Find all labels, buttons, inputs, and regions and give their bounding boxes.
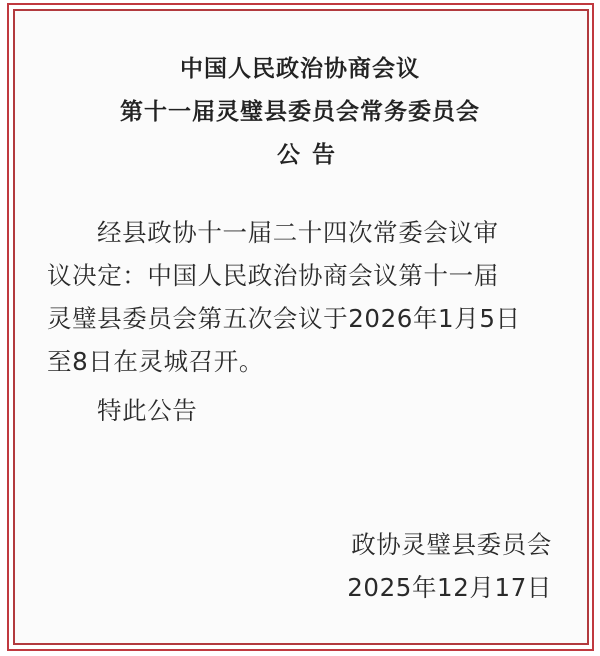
- body-line-3: 灵璧县委员会第五次会议于2026年1月5日: [47, 297, 553, 340]
- body-line-2: 议决定：中国人民政治协商会议第十一届: [47, 254, 553, 297]
- title-announcement: 公告: [0, 136, 600, 169]
- signature-organization: 政协灵璧县委员会: [351, 526, 552, 561]
- signature-date: 2025年12月17日: [347, 569, 552, 604]
- title-line-1: 中国人民政治协商会议: [0, 50, 600, 83]
- title-line-2: 第十一届灵璧县委员会常务委员会: [0, 93, 600, 126]
- body-line-1: 经县政协十一届二十四次常委会议审: [47, 211, 553, 254]
- body-line-4: 至8日在灵城召开。: [47, 340, 553, 383]
- closing-phrase: 特此公告: [97, 392, 197, 427]
- announcement-body: 经县政协十一届二十四次常委会议审 议决定：中国人民政治协商会议第十一届 灵璧县委…: [47, 211, 553, 383]
